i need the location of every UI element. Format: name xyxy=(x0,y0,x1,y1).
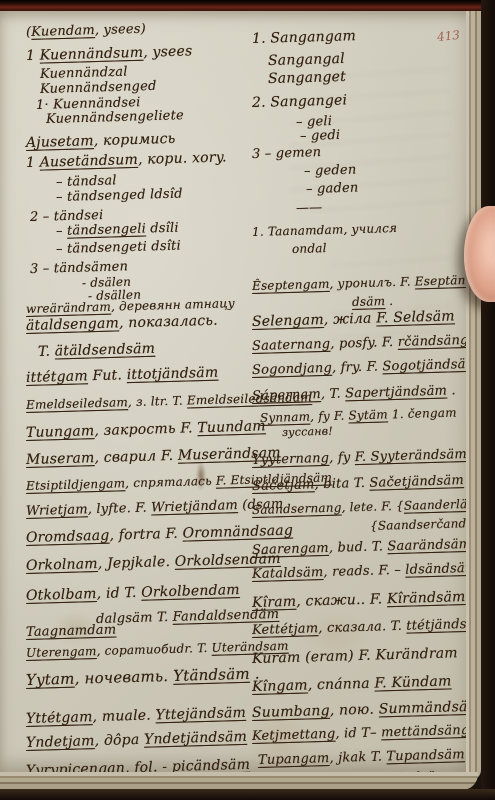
manuscript-line: Suumbang, пою. Summändsäng xyxy=(252,698,486,721)
manuscript-line: Ajusetam, коримись xyxy=(26,131,176,151)
manuscript-line: T. ätäldsendsäm xyxy=(38,341,156,360)
underlined-word: Etsiptildjengam xyxy=(26,476,126,493)
handwritten-text: – tändsal xyxy=(56,173,117,190)
underlined-word: wreärändram xyxy=(26,300,111,316)
underlined-word: Kîram xyxy=(252,594,297,611)
handwritten-text: Sangangal xyxy=(268,51,345,69)
manuscript-line: – gedi xyxy=(300,128,341,144)
underlined-word: Ytändsäm xyxy=(173,665,250,685)
handwritten-text: , ysees xyxy=(143,43,193,60)
underlined-word: Yyyternang xyxy=(252,451,330,468)
manuscript-line: – tändsengeti dsîti xyxy=(56,239,181,257)
handwritten-text: , дôра xyxy=(94,732,144,749)
handwritten-text: , T. xyxy=(321,386,346,402)
manuscript-line: ittétgam Fut. ittotjändsäm xyxy=(26,365,219,386)
handwritten-text: , скажи.. F. xyxy=(296,591,387,610)
handwritten-text: , posfy. F. xyxy=(330,335,398,352)
manuscript-line: Saaternang, posfy. F. rčändsäng xyxy=(252,333,469,354)
manuscript-line: Yytam, ночевать. Ytändsäm . xyxy=(26,664,260,689)
underlined-word: Sačetjändsäm xyxy=(369,473,464,491)
manuscript-line: Kataldsäm, reads. F. – ldsändsäm . xyxy=(252,560,486,582)
handwritten-text: , кори. хоry. xyxy=(138,149,227,167)
manuscript-line: ondal xyxy=(292,241,327,256)
manuscript-line: Uterengam, соратиобudr. T. Uterändsam xyxy=(26,639,289,660)
underlined-word: F. Syyterändsäm xyxy=(355,447,468,465)
handwritten-text: , жіла xyxy=(324,311,377,328)
underlined-word: Uterengam xyxy=(26,644,97,660)
manuscript-line: Wrietjam, lyfte. F. Wrietjändam (dsam xyxy=(26,497,284,519)
handwritten-text: – gedi xyxy=(300,128,341,144)
manuscript-line: Taagnamdam xyxy=(26,622,117,640)
manuscript-line: 1 Kuennändsum, ysees xyxy=(26,43,193,64)
underlined-word: Tupandsäm xyxy=(386,747,465,764)
handwritten-text: 1 xyxy=(26,48,40,64)
handwritten-text: 1. Taanamdam, учился xyxy=(252,221,398,239)
underlined-word: Kettétjam xyxy=(252,621,319,638)
handwritten-text: , коримись xyxy=(94,131,176,149)
underlined-word: F. Kündam xyxy=(374,673,451,691)
underlined-word: Êseptengam xyxy=(252,277,330,293)
underlined-word: Wrietjam xyxy=(26,502,88,519)
manuscript-line: Otkolbam, id T. Orkolbendam xyxy=(26,582,240,604)
handwritten-text: , показалась. xyxy=(119,313,218,332)
underlined-word: Tuungam xyxy=(26,423,95,441)
underlined-word: Tupangam xyxy=(258,751,330,768)
handwritten-text: dsîli xyxy=(146,221,179,237)
manuscript-line: 1 Ausetändsum, кори. хоry. xyxy=(26,149,227,171)
underlined-word: Eseptän- xyxy=(415,273,470,289)
handwritten-text: —— xyxy=(296,200,323,216)
handwritten-text: – xyxy=(56,224,67,239)
handwritten-text: , спánna xyxy=(308,676,375,694)
handwritten-text: 1. čengam xyxy=(388,406,457,422)
manuscript-line: 1. Taanamdam, учился xyxy=(252,221,398,239)
underlined-word: Yytam xyxy=(26,670,75,689)
underlined-word: F. Seldsäm xyxy=(376,308,455,326)
underlined-word: Yttétgam xyxy=(26,709,93,727)
handwritten-text: – tändsengeti dsîti xyxy=(56,239,181,257)
handwritten-text: , уронилъ. F. xyxy=(329,274,415,290)
handwritten-text: , fry. F. xyxy=(332,359,383,375)
book-background-right xyxy=(481,0,495,800)
manuscript-line: Tuungam, закрость F. Tuundam xyxy=(26,418,266,441)
handwritten-text: , id T. xyxy=(96,585,141,602)
underlined-word: Oromnändsaag xyxy=(182,523,293,542)
handwritten-text: , fy xyxy=(329,450,355,466)
handwritten-text: зуссанв! xyxy=(282,425,333,439)
handwritten-text: , fy F. xyxy=(310,409,349,424)
handwritten-text: , деревянн атнацу xyxy=(111,296,235,313)
underlined-word: Sytäm xyxy=(348,407,388,422)
handwritten-text: 1 xyxy=(26,155,40,171)
manuscript-line: Synnam, fy F. Sytäm 1. čengam xyxy=(260,406,457,425)
handwritten-text: , lyfte. F. xyxy=(88,501,152,518)
manuscript-line: Saarengam, bud. T. Saarändsäm xyxy=(252,537,472,558)
manuscript-line: 1. Sangangam xyxy=(252,28,356,47)
manuscript-line: – tändsengeli dsîli xyxy=(56,221,179,239)
manuscript-line: Kettétjam, сказала. T. ttétjändsäm . xyxy=(252,616,495,638)
handwritten-text: , fortra F. xyxy=(109,526,183,544)
underlined-word: Museram xyxy=(26,450,95,468)
underlined-word: Kataldsäm xyxy=(252,565,324,582)
manuscript-line: – gaden xyxy=(306,181,359,197)
handwritten-text: . xyxy=(385,294,393,308)
underlined-word: Ketjmettang xyxy=(252,727,336,744)
handwritten-text: , id T– xyxy=(335,725,381,741)
manuscript-line: Kîngam, спánna F. Kündam xyxy=(252,673,452,695)
handwritten-text: , соратиобudr. T. xyxy=(96,641,211,658)
manuscript-line: ätaldsengam, показалась. xyxy=(26,313,218,334)
manuscript-photo: 413 (Kuendam, ysees)1 Kuennändsum, ysees… xyxy=(0,0,495,800)
underlined-word: tändsengeli xyxy=(67,221,146,238)
underlined-word: Otkolbam xyxy=(26,586,97,604)
handwritten-text: – gaden xyxy=(306,181,359,197)
underlined-word: ätäldsendsäm xyxy=(55,341,156,360)
underlined-word: Sogotjändsäm xyxy=(382,357,478,375)
book-background-bottom xyxy=(0,789,495,800)
handwritten-text: . xyxy=(447,383,456,398)
manuscript-page: 413 (Kuendam, ysees)1 Kuennändsum, ysees… xyxy=(0,11,481,775)
handwritten-text: , спряталась xyxy=(125,474,216,491)
manuscript-line: – tändsal xyxy=(56,173,117,190)
handwritten-text: – geden xyxy=(304,163,357,179)
manuscript-line: Sogondjang, fry. F. Sogotjändsäm . xyxy=(252,356,487,378)
manuscript-line: Yttétgam, тиale. Yttejändsäm xyxy=(26,705,246,727)
underlined-word: Emeldseiledsam xyxy=(26,395,128,412)
manuscript-line: Selengam, жіла F. Seldsäm xyxy=(252,308,455,330)
handwritten-text: , Jepjkale. xyxy=(98,554,175,572)
handwritten-text: , bita T. xyxy=(314,476,369,493)
handwritten-text: 1· xyxy=(36,98,54,113)
handwritten-text: , jkak T. xyxy=(329,749,386,766)
handwritten-text: 1. Sangangam xyxy=(252,28,356,47)
underlined-word: Sapertjändsäm xyxy=(345,384,447,402)
underlined-word: Saarengam xyxy=(252,541,329,558)
underlined-word: Sápernam xyxy=(252,387,321,404)
underlined-word: Taagnamdam xyxy=(26,622,117,640)
handwritten-text: , тиale. xyxy=(92,707,155,725)
handwritten-text: 2. Sangangei xyxy=(252,92,348,111)
manuscript-line: 3 – gemen xyxy=(252,145,322,162)
manuscript-line: 2. Sangangei xyxy=(252,92,348,111)
underlined-word: Kuennändsum xyxy=(40,45,144,64)
handwritten-text: Sanganget xyxy=(268,69,346,87)
underlined-word: ittotjändsäm xyxy=(126,365,218,384)
underlined-word: rčändsäng xyxy=(398,333,469,350)
manuscript-line: – tändsenged ldsîd xyxy=(56,186,183,205)
manuscript-line: (Kuendam, ysees) xyxy=(26,22,146,40)
manuscript-line: —— xyxy=(296,200,323,216)
underlined-word: Sogondjang xyxy=(252,361,332,378)
page-edge-stack-bottom xyxy=(0,772,478,790)
underlined-word: Kuendam xyxy=(31,23,95,40)
handwritten-text: , пою. xyxy=(330,701,379,718)
underlined-word: Selengam xyxy=(252,312,324,330)
underlined-word: ätaldsengam xyxy=(26,315,119,334)
underlined-word: Ausetändsum xyxy=(40,152,139,171)
underlined-word: Orkolbendam xyxy=(141,582,240,601)
underlined-word: Saarändsäm xyxy=(387,537,471,554)
handwritten-text: 3 – gemen xyxy=(252,145,322,162)
underlined-word: Sáčetjam xyxy=(252,477,315,494)
manuscript-line: Yndetjam, дôра Yndetjändsäm xyxy=(26,729,247,751)
manuscript-line: Orkolnam, Jepjkale. Orkoldsendäm xyxy=(26,551,281,574)
handwritten-text: ondal xyxy=(292,241,327,256)
handwritten-text: , reads. F. – xyxy=(323,563,405,580)
handwritten-text: , з. ltr. T. xyxy=(128,394,187,410)
manuscript-line: Museram, сварил F. Muserändsam xyxy=(26,445,281,468)
manuscript-line: Yyyternang, fy F. Syyterändsäm . xyxy=(252,447,476,468)
manuscript-line: Êseptengam, уронилъ. F. Eseptän- xyxy=(252,273,470,293)
handwritten-text: , ysees) xyxy=(95,22,146,38)
underlined-word: Oromdsaag xyxy=(26,528,110,546)
manuscript-line: Kuennändsengeliete xyxy=(46,108,184,127)
book-binding-top xyxy=(0,0,495,11)
manuscript-line: зуссанв! xyxy=(282,425,333,439)
manuscript-line: Ketjmettang, id T– mettändsäng . xyxy=(252,723,478,744)
handwritten-text: T. xyxy=(38,344,55,360)
underlined-word: Tuundam xyxy=(197,418,266,436)
underlined-word: dsäm xyxy=(352,294,386,309)
handwritten-text: – tändsenged ldsîd xyxy=(56,186,183,205)
underlined-word: mettändsäng xyxy=(381,723,470,740)
handwritten-text: , ночевать. xyxy=(74,667,173,688)
underlined-word: Kîngam xyxy=(252,677,308,695)
handwritten-text: , bud. T. xyxy=(329,539,388,556)
handwritten-text: Kuennändsengeliete xyxy=(46,108,184,127)
underlined-word: Orkolnam xyxy=(26,556,98,574)
underlined-word: Suumbang xyxy=(252,703,330,721)
underlined-word: Yndetjam xyxy=(26,733,95,751)
underlined-word: Yttejändsäm xyxy=(155,705,246,724)
manuscript-line: Sangangal xyxy=(268,51,345,69)
manuscript-line: Kîram, скажи.. F. Kîrändsäm xyxy=(252,589,466,611)
underlined-word: Wrietjändam xyxy=(151,498,238,515)
manuscript-line: Sanganget xyxy=(268,69,346,87)
underlined-word: Yndetjändsäm xyxy=(144,729,247,748)
underlined-word: Kîrändsäm xyxy=(387,589,466,607)
handwritten-text: , сказала. T. xyxy=(318,619,406,636)
page-number-label: 413 xyxy=(436,28,460,44)
handwritten-text: , lete. F. { xyxy=(341,499,404,515)
handwritten-text: , закрость F. xyxy=(94,420,197,439)
manuscript-line: Sápernam, T. Sapertjändsäm . xyxy=(252,383,456,404)
underlined-word: Saandsernang xyxy=(252,500,342,516)
handwritten-text: Fut. xyxy=(88,367,127,384)
manuscript-line: dsäm . xyxy=(352,294,394,309)
manuscript-line: Saandsernang, lete. F. {Saanderländang xyxy=(252,496,495,517)
page-edge-stack-right xyxy=(466,8,481,780)
underlined-word: ittétgam xyxy=(26,368,88,386)
underlined-word: Synnam xyxy=(260,410,311,425)
underlined-word: Ajusetam xyxy=(26,133,94,151)
manuscript-line: – geden xyxy=(304,163,357,179)
handwritten-text: , сварил F. xyxy=(94,448,178,466)
underlined-word: Saaternang xyxy=(252,337,331,354)
manuscript-line: Tupangam, jkak T. Tupandsäm xyxy=(258,747,465,768)
